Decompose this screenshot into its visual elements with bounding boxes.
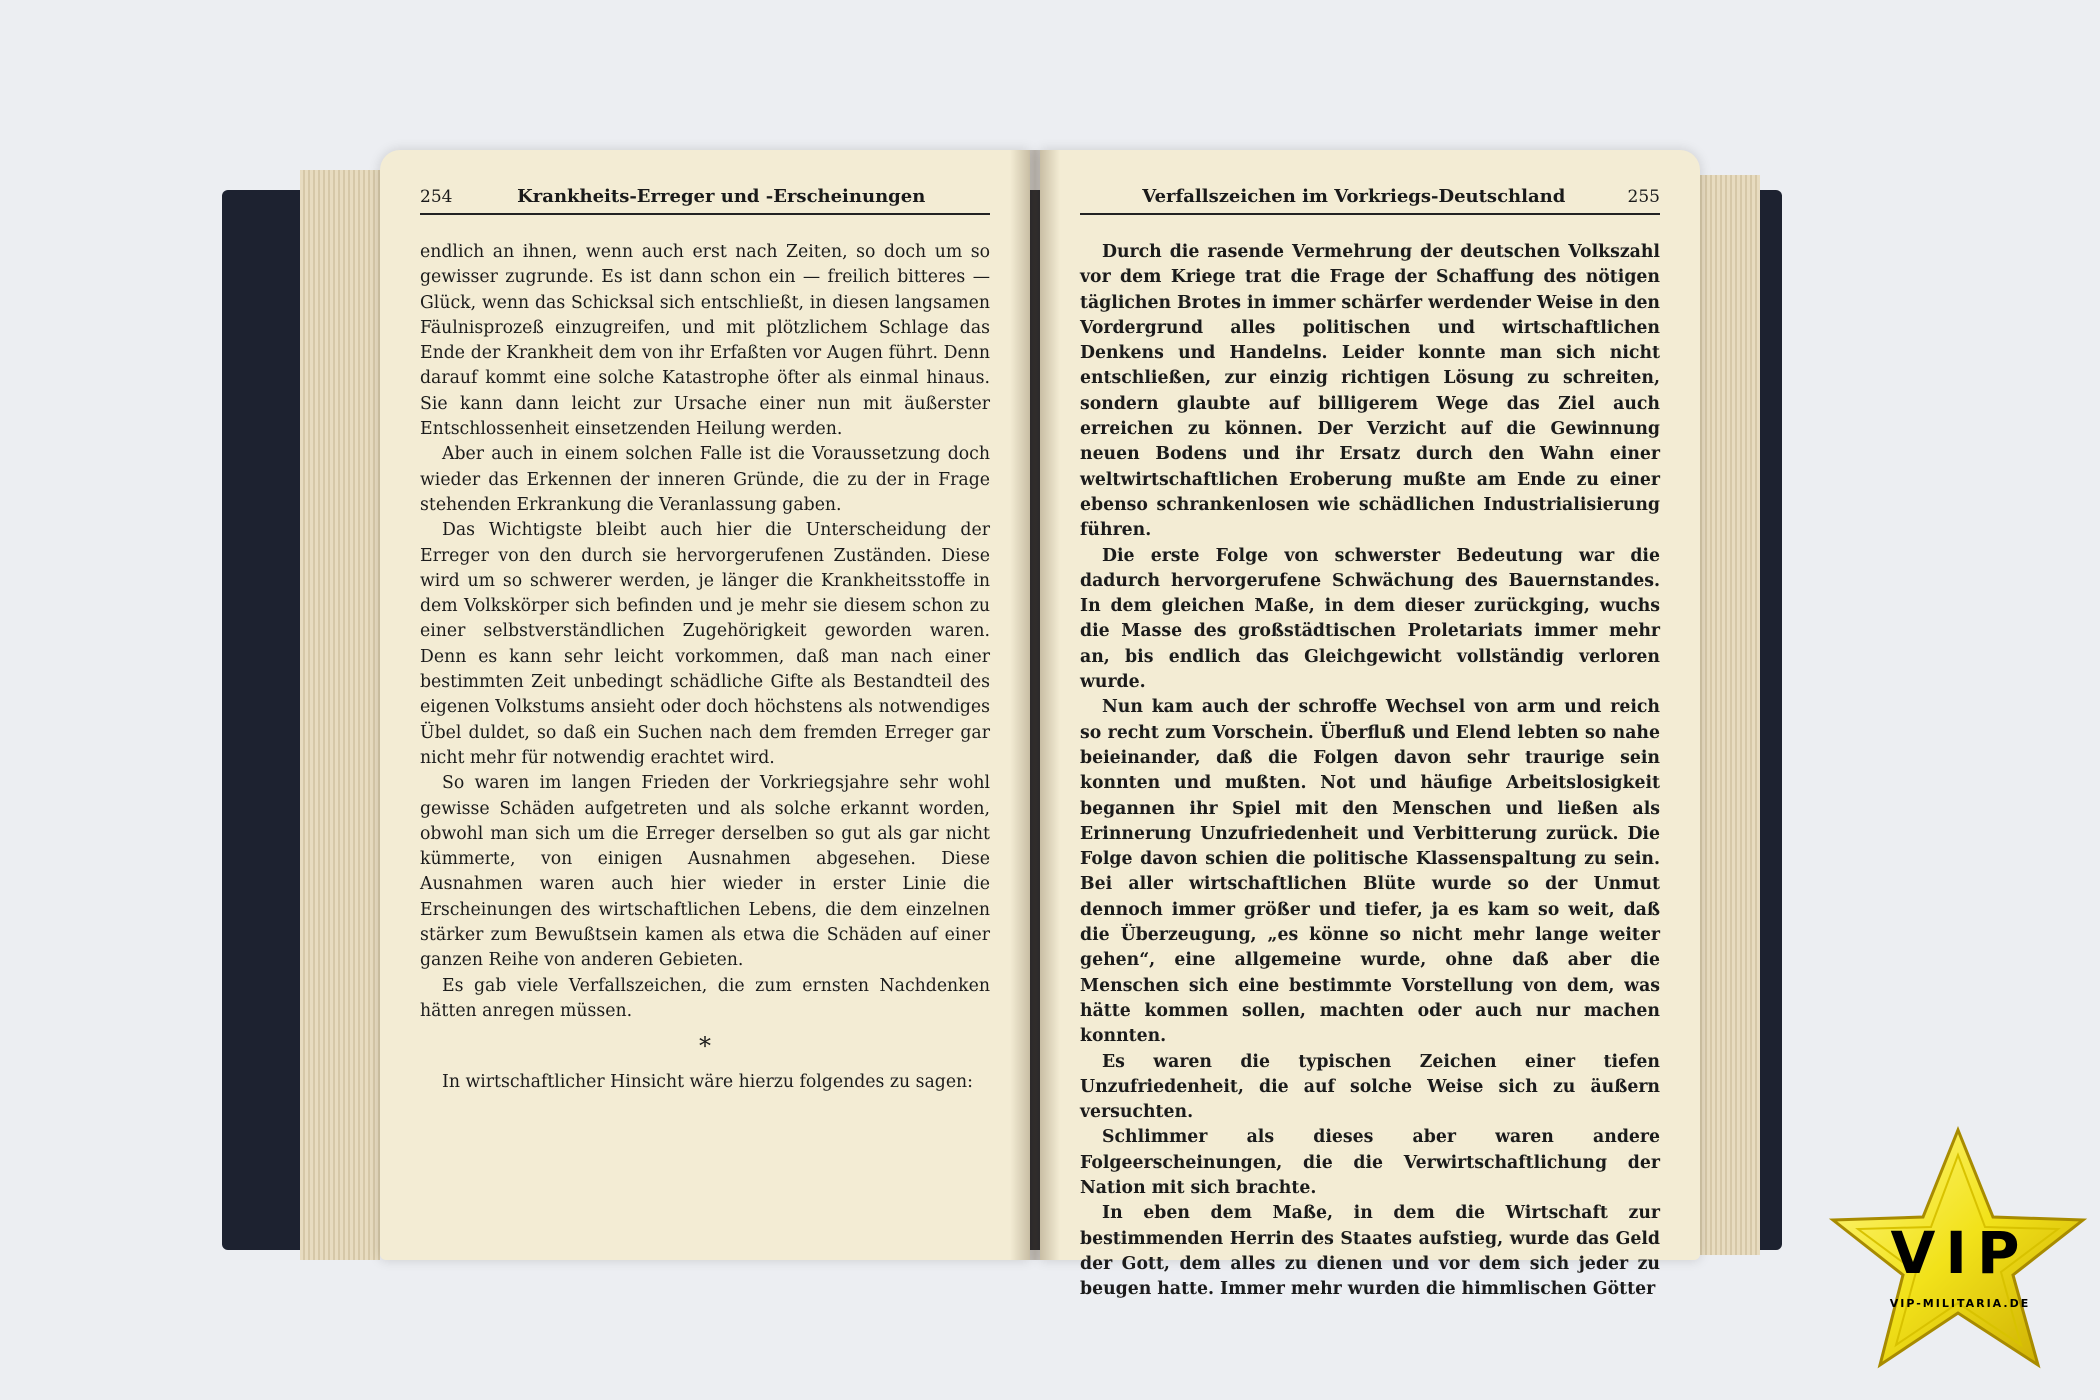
right-page: Verfallszeichen im Vorkriegs-Deutschland… xyxy=(1040,150,1700,1260)
header-title: Verfallszeichen im Vorkriegs-Deutschland xyxy=(1142,186,1565,207)
right-running-header: Verfallszeichen im Vorkriegs-Deutschland… xyxy=(1080,186,1660,215)
left-page: 254 Krankheits-Erreger und -Erscheinunge… xyxy=(380,150,1030,1260)
paragraph: endlich an ihnen, wenn auch erst nach Ze… xyxy=(420,240,990,442)
book-gutter-shadow xyxy=(1010,150,1060,1260)
paragraph: Schlimmer als dieses aber waren andere F… xyxy=(1080,1125,1660,1201)
paragraph: Das Wichtigste bleibt auch hier die Unte… xyxy=(420,518,990,771)
section-separator: * xyxy=(420,1034,990,1059)
page-edges-right xyxy=(1690,175,1760,1255)
paragraph: In eben dem Maße, in dem die Wirtschaft … xyxy=(1080,1201,1660,1302)
paragraph: Nun kam auch der schroffe Wechsel von ar… xyxy=(1080,695,1660,1049)
header-title: Krankheits-Erreger und -Erscheinungen xyxy=(517,186,925,207)
right-page-body: Durch die rasende Vermehrung der deutsch… xyxy=(1080,240,1660,1230)
left-page-body: endlich an ihnen, wenn auch erst nach Ze… xyxy=(420,240,990,1230)
paragraph: So waren im langen Frieden der Vorkriegs… xyxy=(420,771,990,973)
page-edges-left xyxy=(300,170,380,1260)
vip-watermark-star-icon: VIP VIP-MILITARIA.DE xyxy=(1818,1125,2088,1385)
paragraph: Die erste Folge von schwerster Bedeutung… xyxy=(1080,544,1660,696)
paragraph: Durch die rasende Vermehrung der deutsch… xyxy=(1080,240,1660,544)
page-number: 255 xyxy=(1628,187,1660,207)
left-running-header: 254 Krankheits-Erreger und -Erscheinunge… xyxy=(420,186,990,215)
paragraph: In wirtschaftlicher Hinsicht wäre hierzu… xyxy=(420,1070,990,1095)
paragraph: Aber auch in einem solchen Falle ist die… xyxy=(420,442,990,518)
watermark-sub-text: VIP-MILITARIA.DE xyxy=(1890,1297,2030,1310)
paragraph: Es gab viele Verfallszeichen, die zum er… xyxy=(420,974,990,1025)
paragraph: Es waren die typischen Zeichen einer tie… xyxy=(1080,1050,1660,1126)
page-number: 254 xyxy=(420,187,452,207)
watermark-main-text: VIP xyxy=(1891,1219,2030,1287)
